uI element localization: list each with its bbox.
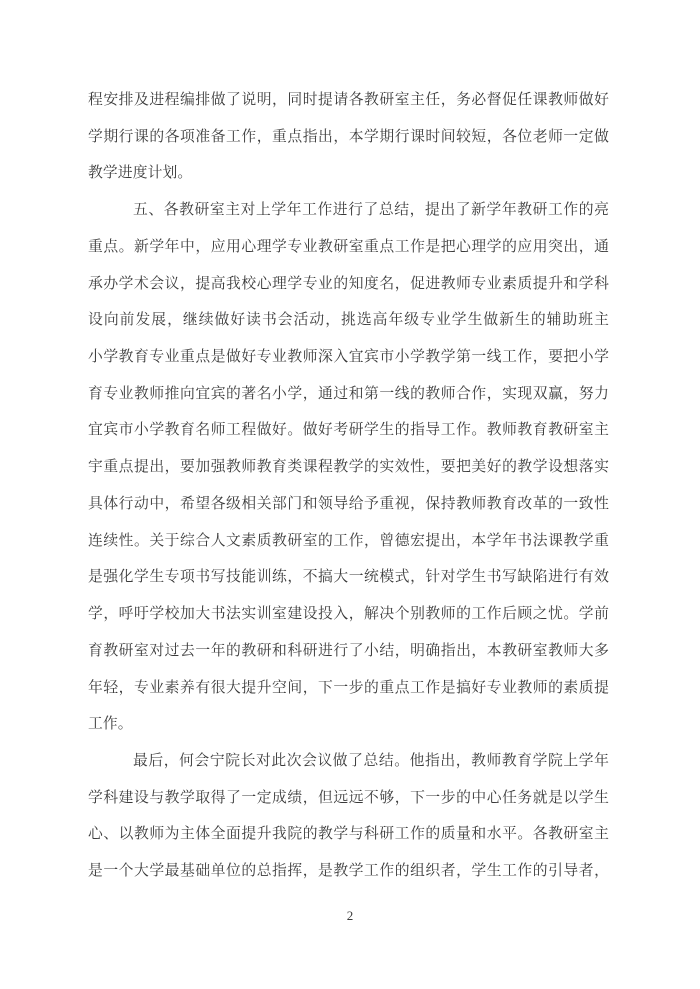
text-line: 程安排及进程编排做了说明，同时提请各教研室主任，务必督促任课教师做好新: [88, 82, 609, 119]
text-line-paragraph-start: 最后，何会宁院长对此次会议做了总结。他指出，教师教育学院上学年度的: [88, 743, 609, 780]
text-line-paragraph-start: 五、各教研室主对上学年工作进行了总结，提出了新学年教研工作的亮点和: [88, 192, 609, 229]
text-line: 年轻，专业素养有很大提升空间，下一步的重点工作是搞好专业教师的素质提升: [88, 670, 609, 707]
text-line: 学期行课的各项准备工作，重点指出，本学期行课时间较短，各位老师一定做好: [88, 119, 609, 156]
text-line: 重点。新学年中，应用心理学专业教研室重点工作是把心理学的应用突出，通过: [88, 229, 609, 266]
text-line: 承办学术会议，提高我校心理学专业的知度名，促进教师专业素质提升和学科建: [88, 266, 609, 303]
page-body-text: 程安排及进程编排做了说明，同时提请各教研室主任，务必督促任课教师做好新 学期行课…: [88, 82, 609, 890]
text-line: 小学教育专业重点是做好专业教师深入宜宾市小学教学第一线工作，要把小学教: [88, 339, 609, 376]
text-line: 具体行动中，希望各级相关部门和领导给予重视，保持教师教育改革的一致性和: [88, 486, 609, 523]
text-line: 工作。: [88, 706, 609, 743]
text-line: 设向前发展，继续做好读书会活动，挑选高年级专业学生做新生的辅助班主任；: [88, 302, 609, 339]
page-number: 2: [0, 908, 700, 924]
text-line: 心、以教师为主体全面提升我院的教学与科研工作的质量和水平。各教研室主任: [88, 816, 609, 853]
text-line: 育教研室对过去一年的教研和科研进行了小结，明确指出，本教研室教师大多数: [88, 633, 609, 670]
text-line: 连续性。关于综合人文素质教研室的工作，曾德宏提出，本学年书法课教学重点: [88, 523, 609, 560]
text-line: 教学进度计划。: [88, 155, 609, 192]
text-line: 是强化学生专项书写技能训练，不搞大一统模式，针对学生书写缺陷进行有效教: [88, 559, 609, 596]
text-line: 是一个大学最基础单位的总指挥，是教学工作的组织者，学生工作的引导者，科: [88, 853, 609, 890]
text-line: 育专业教师推向宜宾的著名小学，通过和第一线的教师合作，实现双赢，努力把: [88, 376, 609, 413]
text-line: 宜宾市小学教育名师工程做好。做好考研学生的指导工作。教师教育教研室主袁: [88, 412, 609, 449]
document-page: 程安排及进程编排做了说明，同时提请各教研室主任，务必督促任课教师做好新 学期行课…: [0, 0, 700, 989]
text-line: 学，呼吁学校加大书法实训室建设投入，解决个别教师的工作后顾之忧。学前教: [88, 596, 609, 633]
text-line: 宇重点提出，要加强教师教育类课程教学的实效性，要把美好的教学设想落实到: [88, 449, 609, 486]
text-line: 学科建设与教学取得了一定成绩，但远远不够，下一步的中心任务就是以学生中: [88, 780, 609, 817]
